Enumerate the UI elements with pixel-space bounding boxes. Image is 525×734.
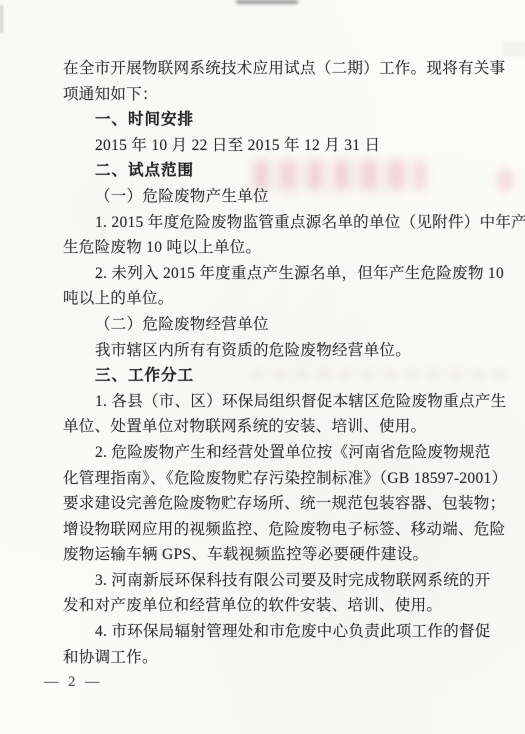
text-line: 1. 各县（市、区）环保局组织督促本辖区危险废物重点产生 xyxy=(63,389,511,415)
text-line: 化管理指南》、《危险废物贮存污染控制标准》（GB 18597-2001） xyxy=(63,466,511,492)
text-line: 我市辖区内所有有资质的危险废物经营单位。 xyxy=(63,338,511,364)
text-line: 2015 年 10 月 22 日至 2015 年 12 月 31 日 xyxy=(63,133,511,159)
scan-edge-mark xyxy=(0,5,3,33)
text-line: （一）危险废物产生单位 xyxy=(63,184,511,210)
scanned-page: 在全市开展物联网系统技术应用试点（二期）工作。现将有关事项通知如下：一、时间安排… xyxy=(0,0,525,734)
text-line: 废物运输车辆 GPS、车载视频监控等必要硬件建设。 xyxy=(63,542,511,568)
text-line: 吨以上的单位。 xyxy=(63,286,511,312)
scan-smudge-top xyxy=(236,0,298,4)
text-line: 4. 市环保局辐射管理处和市危废中心负责此项工作的督促 xyxy=(63,619,511,645)
text-line: 1. 2015 年度危险废物监管重点源名单的单位（见附件）中年产 xyxy=(63,210,511,236)
text-line: 三、工作分工 xyxy=(63,363,511,389)
text-line: 单位、处置单位对物联网系统的安装、培训、使用。 xyxy=(63,414,511,440)
page-number: — 2 — xyxy=(44,672,103,692)
text-line: 一、时间安排 xyxy=(63,107,511,133)
text-line: 发和对产废单位和经营单位的软件安装、培训、使用。 xyxy=(63,593,511,619)
text-line: 和协调工作。 xyxy=(63,645,511,671)
text-line: 增设物联网应用的视频监控、危险废物电子标签、移动端、危险 xyxy=(63,517,511,543)
text-line: 2. 危险废物产生和经营处置单位按《河南省危险废物规范 xyxy=(63,440,511,466)
scan-edge-patch xyxy=(503,42,525,56)
document-lines: 在全市开展物联网系统技术应用试点（二期）工作。现将有关事项通知如下：一、时间安排… xyxy=(63,56,511,670)
text-line: 生危险废物 10 吨以上单位。 xyxy=(63,235,511,261)
text-line: 3. 河南新辰环保科技有限公司要及时完成物联网系统的开 xyxy=(63,568,511,594)
text-line: 2. 未列入 2015 年度重点产生源名单，但年产生危险废物 10 xyxy=(63,261,511,287)
text-line: （二）危险废物经营单位 xyxy=(63,312,511,338)
text-line: 二、试点范围 xyxy=(63,158,511,184)
text-line: 要求建设完善危险废物贮存场所、统一规范包装容器、包装物； xyxy=(63,491,511,517)
text-line: 项通知如下： xyxy=(63,82,511,108)
text-line: 在全市开展物联网系统技术应用试点（二期）工作。现将有关事 xyxy=(63,56,511,82)
